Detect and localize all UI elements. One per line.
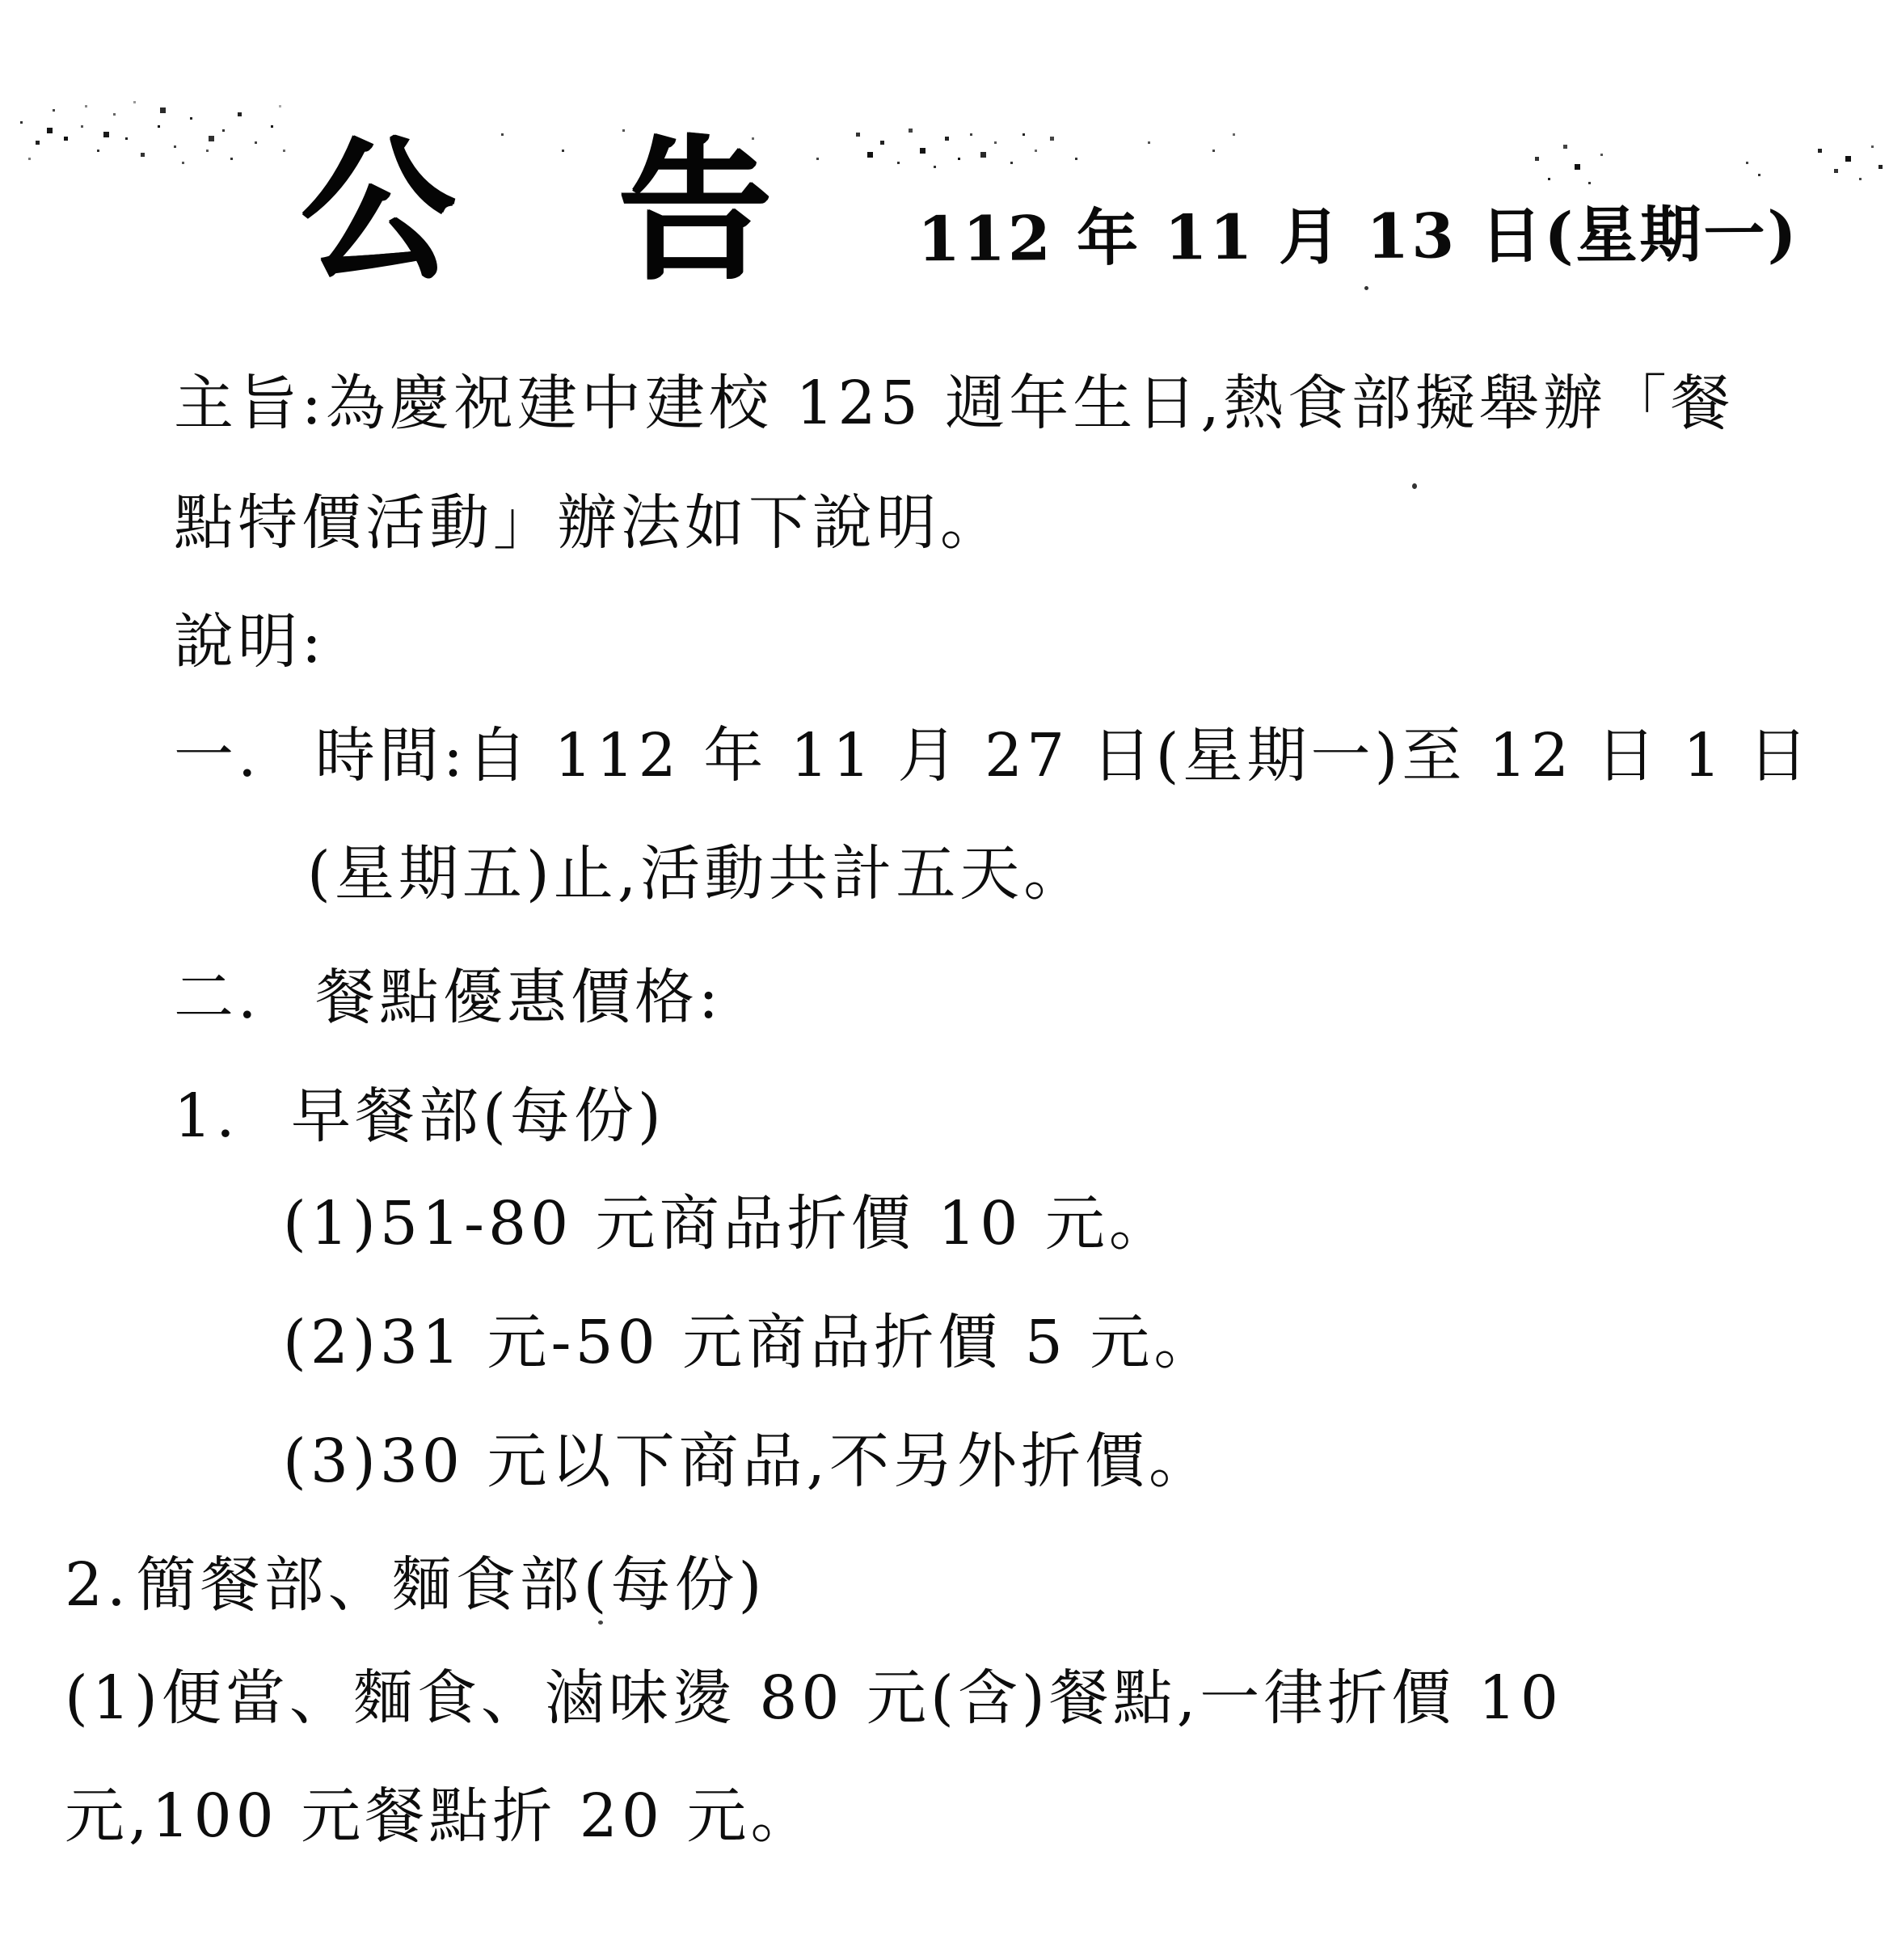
subject-line-2: 點特價活動」辦法如下說明。 [174,475,1004,561]
breakfast-section-marker: 1. [174,1081,291,1151]
meal-noodle-section-text: 簡餐部、麵食部(每份) [137,1550,766,1620]
subject-line-1: 主旨:為慶祝建中建校 125 週年生日,熱食部擬舉辦「餐 [174,356,1735,441]
breakfast-rule-1: (1)51-80 元商品折價 10 元。 [283,1176,1173,1262]
breakfast-section-text: 早餐部(每份) [291,1081,665,1151]
breakfast-rule-2: (2)31 元-50 元商品折價 5 元。 [283,1295,1217,1380]
item-one-text: 時間:自 112 年 11 月 27 日(星期一)至 12 日 1 日 [315,721,1812,790]
item-two-text: 餐點優惠價格: [315,963,723,1032]
meal-noodle-section-marker: 2. [65,1550,130,1620]
breakfast-rule-3: (3)30 元以下商品,不另外折價。 [283,1414,1212,1499]
item-one-marker: 一. [174,708,315,794]
meal-noodle-rule-line-2: 元,100 元餐點折 20 元。 [65,1768,815,1854]
scan-noise-band-left [8,93,11,95]
announcement-date: 112 年 11 月 13 日(星期一) [917,185,1799,279]
breakfast-section-line: 1.早餐部(每份) [174,1069,665,1154]
scan-speck [1412,483,1417,489]
scan-noise-band-right [1528,133,1530,136]
meal-noodle-rule-line-1: (1)便當、麵食、滷味燙 80 元(含)餐點,一律折價 10 [65,1650,1562,1736]
scanned-announcement-page: 公 告 112 年 11 月 13 日(星期一) 主旨:為慶祝建中建校 125 … [0,0,1889,1960]
meal-noodle-section-line: 2.簡餐部、麵食部(每份) [65,1537,765,1623]
explanation-label: 說明: [174,594,326,680]
item-one-time-continuation: (星期五)止,活動共計五天。 [307,826,1087,912]
scan-speck [1364,286,1368,290]
item-one-time-line: 一.時間:自 112 年 11 月 27 日(星期一)至 12 日 1 日 [174,708,1812,794]
item-two-price-header: 二.餐點優惠價格: [174,950,723,1035]
item-two-marker: 二. [174,950,315,1035]
announcement-title: 公 告 [301,87,778,308]
